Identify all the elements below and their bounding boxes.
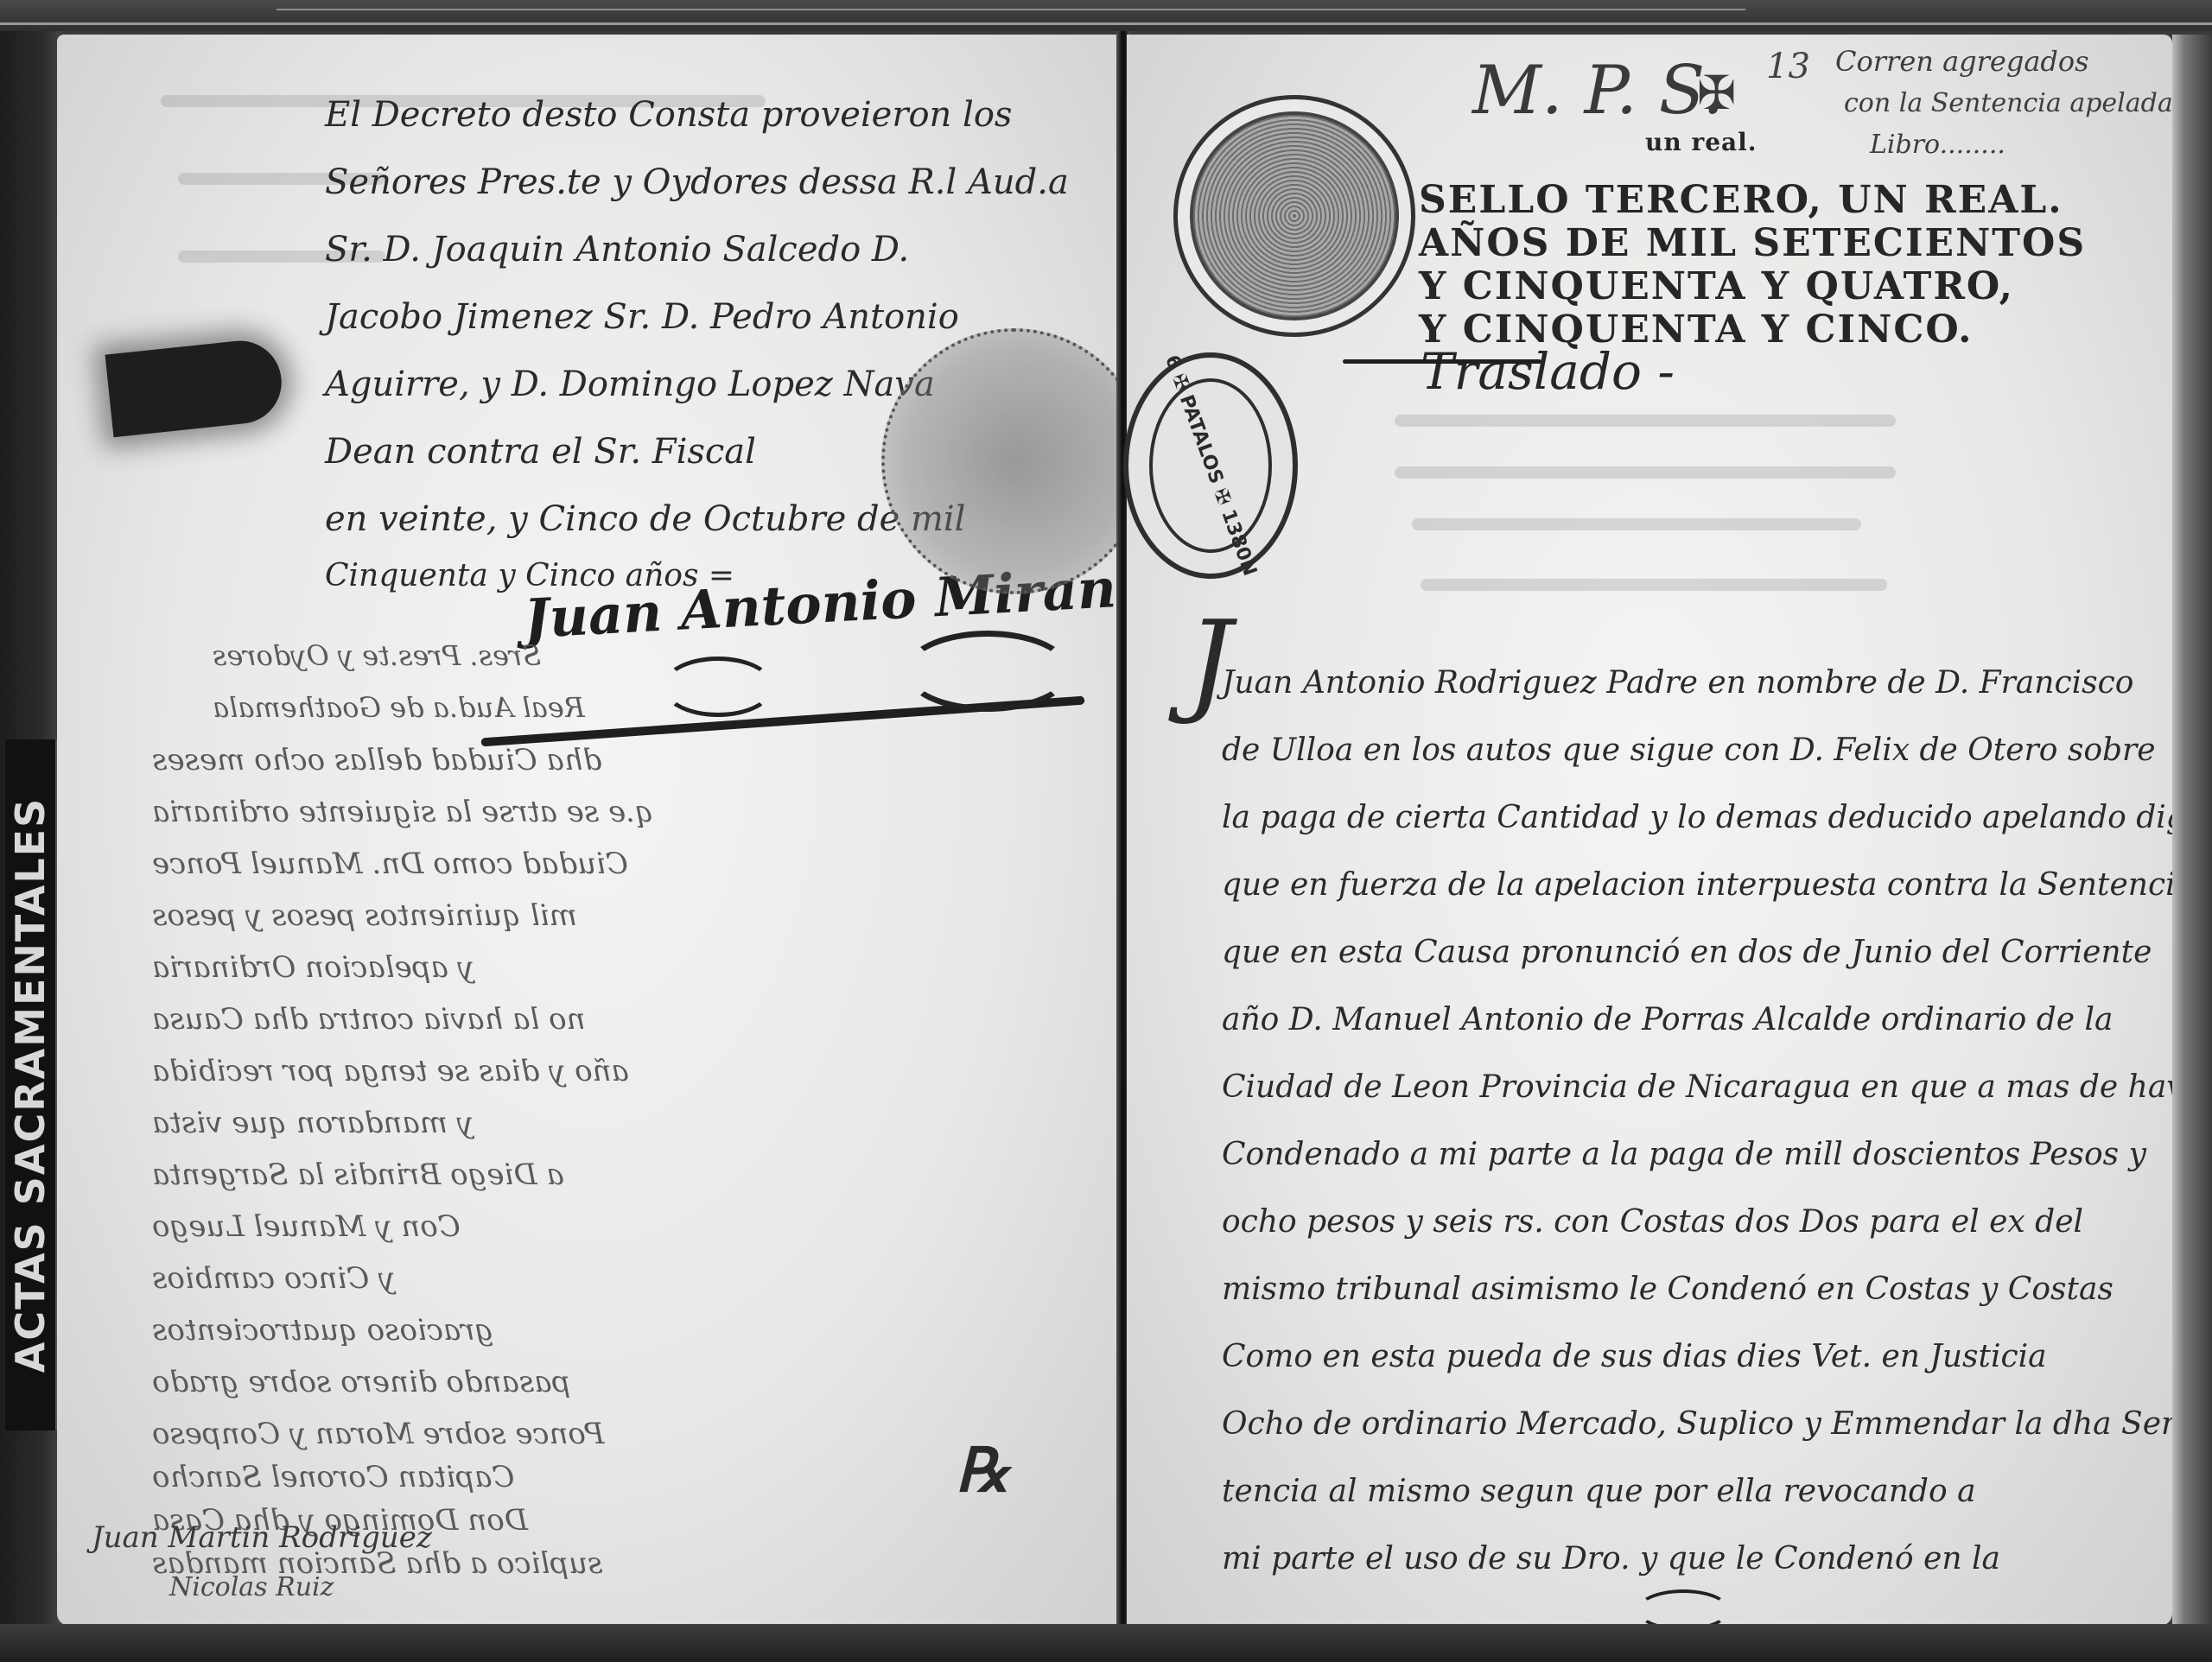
- margin-note: Corren agregados: [1835, 45, 2089, 78]
- manuscript-line: Sr. D. Joaquin Antonio Salcedo D.: [325, 230, 909, 270]
- bleed-through-text: y Cinco cambios: [152, 1261, 395, 1296]
- scanner-frame-top: [0, 0, 2212, 31]
- spine-label: ACTAS SACRAMENTALES: [5, 739, 58, 1430]
- bleed-through-text: pasando dinero sobre grado: [152, 1365, 570, 1399]
- signature-flourish: [662, 657, 774, 717]
- frame-rule: [0, 22, 2212, 25]
- printed-header-line: Y CINQUENTA Y QUATRO,: [1419, 264, 2014, 308]
- bleed-through-text: y mandaron que vista: [152, 1106, 474, 1140]
- handwritten-heading: Traslado -: [1421, 342, 1675, 401]
- manuscript-line: año D. Manuel Antonio de Porras Alcalde …: [1222, 1002, 2113, 1037]
- manuscript-line: que en fuerza de la apelacion interpuest…: [1222, 867, 2172, 903]
- bleed-through-text: dha Ciudad dellas ocho meses: [152, 743, 601, 777]
- manuscript-line: Como en esta pueda de sus dias dies Vet.…: [1222, 1339, 2047, 1374]
- margin-note: con la Sentencia apelada: [1844, 88, 2172, 118]
- spine-label-text: ACTAS SACRAMENTALES: [7, 797, 54, 1373]
- printed-header-line: AÑOS DE MIL SETECIENTOS: [1419, 221, 2086, 265]
- manuscript-line: Aguirre, y D. Domingo Lopez Nava: [325, 365, 935, 404]
- stamp-value: un real.: [1645, 128, 1758, 156]
- left-page: El Decreto desto Consta proveieron los S…: [57, 35, 1122, 1626]
- manuscript-line: Ciudad de Leon Provincia de Nicaragua en…: [1222, 1069, 2172, 1105]
- folio-number: 13: [1766, 47, 1810, 86]
- top-annotation: M. P. S.: [1472, 52, 1724, 130]
- bleed-through-text: Ponce sobre Moran y Conpeso: [152, 1417, 604, 1451]
- margin-note: Libro........: [1870, 130, 2005, 160]
- bleed-through-text: Con y Manuel Luego: [152, 1209, 461, 1244]
- manuscript-line: Ocho de ordinario Mercado, Suplico y Emm…: [1222, 1406, 2172, 1442]
- manuscript-line: de Ulloa en los autos que sigue con D. F…: [1222, 733, 2156, 768]
- rubric-mark: ℞: [956, 1434, 1010, 1506]
- bleed-through-text: q.e se atrse la siguiente ordinaria: [152, 795, 654, 829]
- royal-seal-icon: [1173, 95, 1415, 337]
- bleed-through-text: no la havia contra dha Causa: [152, 1002, 586, 1037]
- bleed-through-text: y apelacion Ordinaria: [152, 950, 474, 985]
- manuscript-line: mi parte el uso de su Dro. y que le Cond…: [1222, 1541, 2000, 1576]
- bleed-through-text: Sres. Pres.te y Oydores: [213, 639, 541, 672]
- drop-cap: J: [1187, 596, 1232, 727]
- manuscript-line: El Decreto desto Consta proveieron los: [325, 95, 1012, 135]
- manuscript-line: Juan Antonio Rodriguez Padre en nombre d…: [1222, 665, 2133, 701]
- manuscript-line: en veinte, y Cinco de Octubre de mil: [325, 499, 965, 539]
- bleed-through-text: a Diego Brindis la Sargenta: [152, 1158, 564, 1192]
- manuscript-line: Condenado a mi parte a la paga de mill d…: [1222, 1137, 2146, 1172]
- manuscript-line: la paga de cierta Cantidad y lo demas de…: [1222, 800, 2172, 835]
- closing-flourish: [1637, 1589, 1730, 1626]
- bleed-through: [1395, 415, 1896, 427]
- bleed-through-text: Real Aud.a de Goathemala: [213, 691, 585, 724]
- manuscript-line: Señores Pres.te y Oydores dessa R.l Aud.…: [325, 162, 1069, 202]
- bleed-through: [1395, 466, 1896, 479]
- scanner-finger-shadow: [105, 337, 286, 437]
- printed-header-line: SELLO TERCERO, UN REAL.: [1419, 178, 2063, 222]
- scanner-frame-bottom: [0, 1624, 2212, 1662]
- heading-underline: [1343, 359, 1541, 364]
- cross-icon: ✠: [1697, 66, 1736, 120]
- bleed-through: [1421, 579, 1887, 591]
- manuscript-line: Dean contra el Sr. Fiscal: [325, 432, 756, 472]
- bleed-through-text: mil quinientos pesos y pesos: [152, 898, 577, 933]
- bleed-through: [1412, 518, 1861, 530]
- bottom-signature: Juan Martin Rodriguez: [92, 1520, 432, 1555]
- manuscript-line: que en esta Causa pronunció en dos de Ju…: [1222, 935, 2152, 970]
- bleed-through-text: Ciudad como Dn. Manuel Ponce: [152, 847, 628, 881]
- smudged-seal: [881, 328, 1147, 594]
- manuscript-line: ocho pesos y seis rs. con Costas dos Dos…: [1222, 1204, 2083, 1240]
- patalos-seal-icon: 6 ✠ PATALOS ✠ 1380N: [1123, 352, 1298, 579]
- binding-edge-right: [2172, 35, 2212, 1626]
- bottom-signature: Nicolas Ruiz: [169, 1572, 334, 1602]
- manuscript-line: tencia al mismo segun que por ella revoc…: [1222, 1474, 1976, 1509]
- manuscript-line: mismo tribunal asimismo le Condenó en Co…: [1222, 1272, 2113, 1307]
- bleed-through-text: Capitan Coronel Sancho: [152, 1460, 514, 1494]
- bleed-through-text: año y dias se tenga por recibida: [152, 1054, 629, 1088]
- binding-edge: ACTAS SACRAMENTALES: [0, 31, 60, 1629]
- seal-text: 6 ✠ PATALOS ✠ 1380N: [1160, 352, 1261, 579]
- manuscript-line: Jacobo Jimenez Sr. D. Pedro Antonio: [325, 297, 959, 337]
- frame-rule: [276, 9, 1745, 10]
- signature-flourish: [904, 631, 1071, 712]
- bleed-through-text: gracioso quatrocientos: [152, 1313, 493, 1348]
